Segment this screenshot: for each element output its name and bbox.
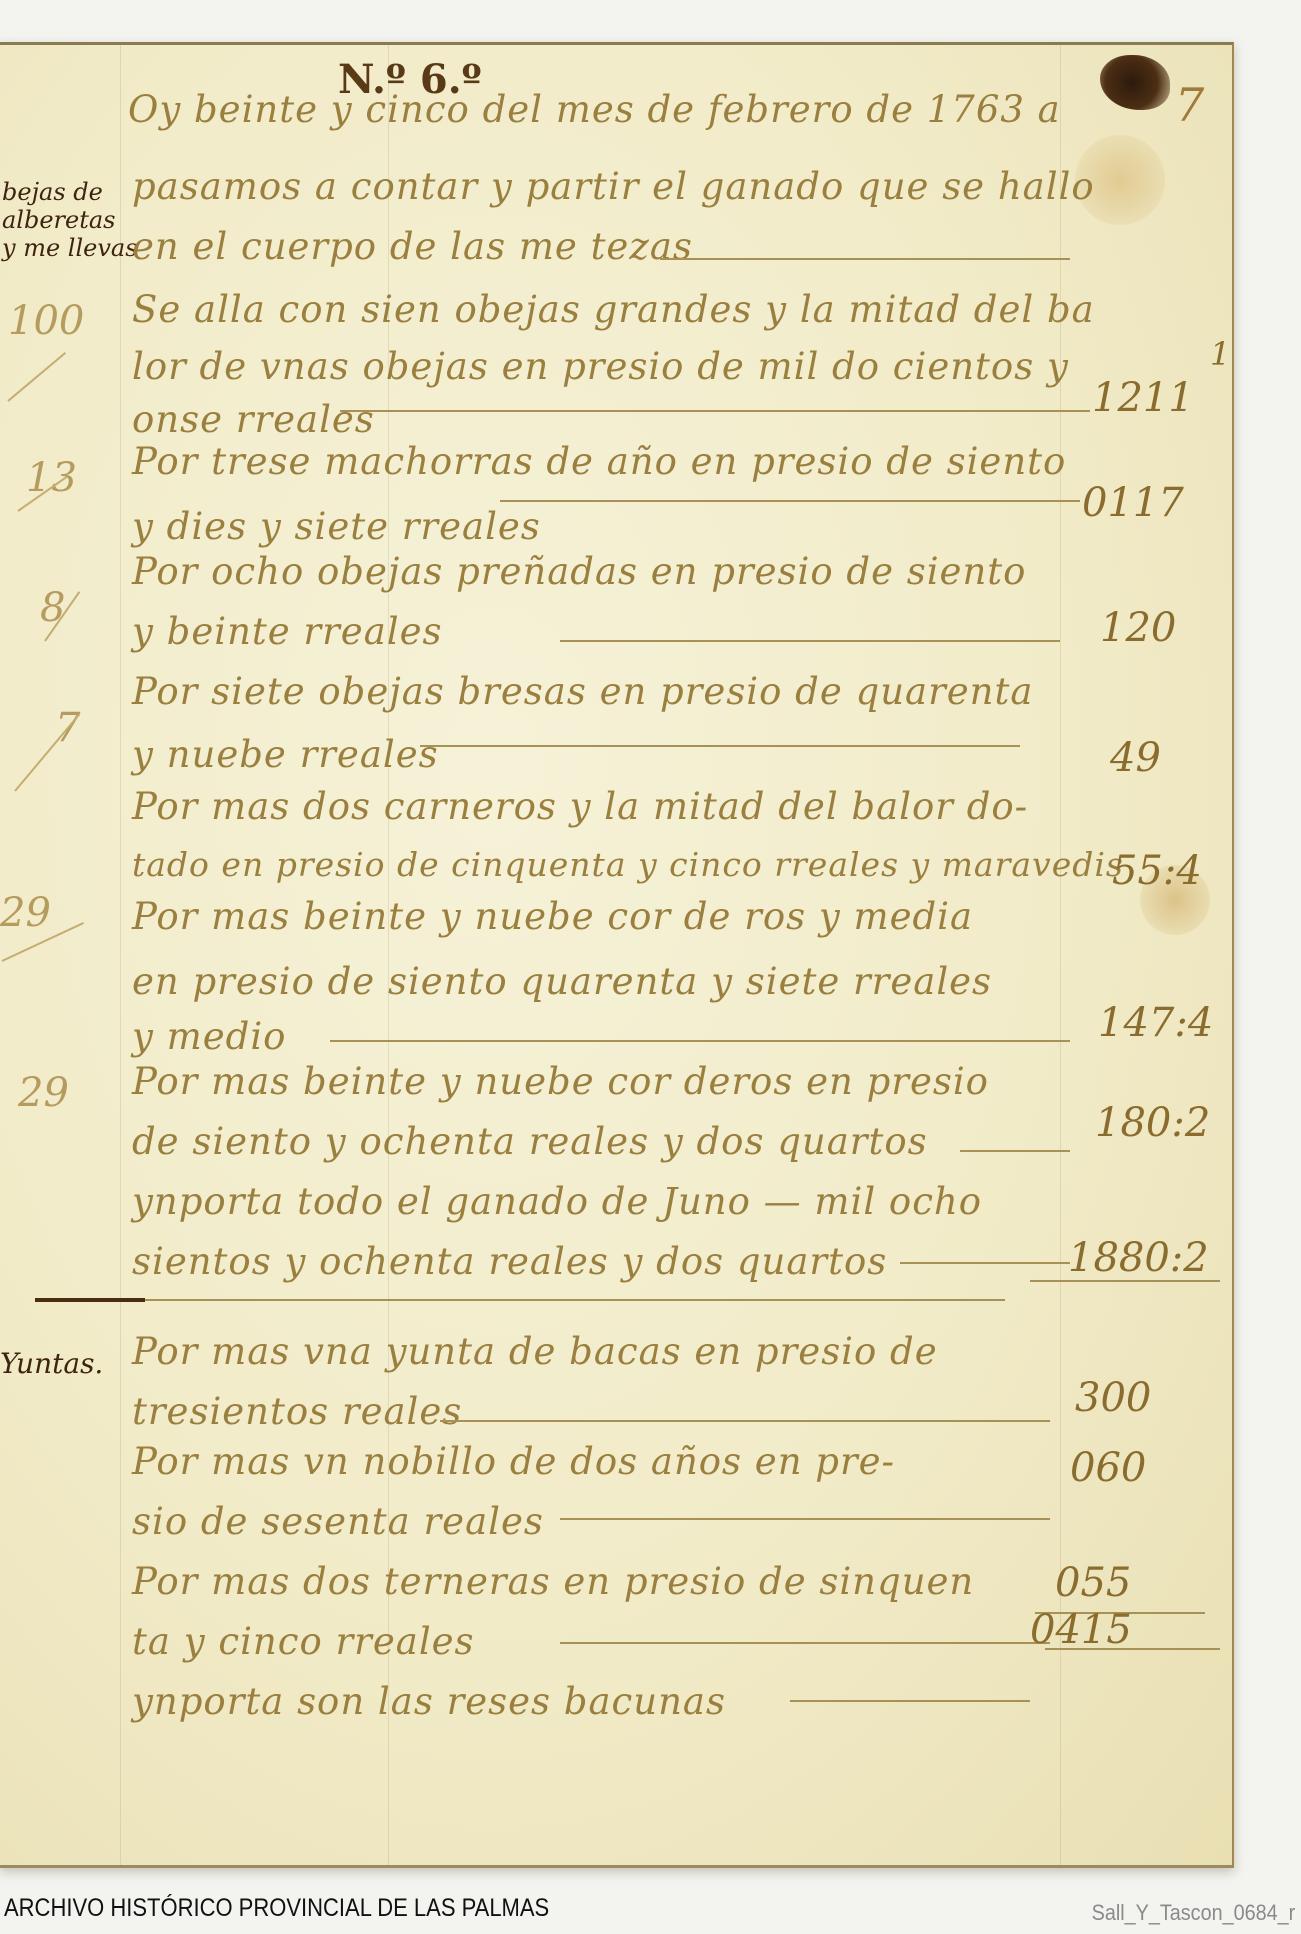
manuscript-line: Se alla con sien obejas grandes y la mit… (132, 288, 1095, 331)
ruled-line (1030, 1280, 1220, 1282)
margin-note-line: bejas de (2, 178, 138, 206)
amount: 49 (1110, 735, 1161, 781)
page-fold-line (120, 45, 121, 1865)
manuscript-line: sientos y ochenta reales y dos quartos (132, 1240, 887, 1283)
ruled-line (660, 258, 1070, 260)
ruled-line (960, 1150, 1070, 1152)
amount: 1880:2 (1068, 1235, 1209, 1281)
manuscript-line: ta y cinco rreales (132, 1620, 475, 1663)
manuscript-line: pasamos a contar y partir el ganado que … (132, 165, 1095, 208)
amount: 0117 (1082, 480, 1184, 526)
manuscript-line: en el cuerpo de las me tezas (132, 225, 693, 268)
manuscript-line: lor de vnas obejas en presio de mil do c… (132, 345, 1069, 388)
manuscript-line: Por mas beinte y nuebe cor deros en pres… (132, 1060, 989, 1103)
amount: 55:4 (1112, 848, 1202, 894)
manuscript-line: Por ocho obejas preñadas en presio de si… (132, 550, 1026, 593)
manuscript-line: en presio de siento quarenta y siete rre… (132, 960, 992, 1003)
manuscript-line: sio de sesenta reales (132, 1500, 544, 1543)
manuscript-line: tresientos reales (132, 1390, 462, 1433)
section-divider (145, 1299, 1005, 1301)
amount: 060 (1070, 1445, 1146, 1491)
manuscript-line: Por siete obejas bresas en presio de qua… (132, 670, 1033, 713)
amount: 300 (1075, 1375, 1151, 1421)
manuscript-line: ynporta todo el ganado de Juno — mil och… (132, 1180, 982, 1223)
amount: 120 (1100, 605, 1176, 651)
ruled-line (900, 1262, 1070, 1264)
manuscript-line: Por mas vn nobillo de dos años en pre- (132, 1440, 895, 1483)
ruled-line (1045, 1648, 1220, 1650)
ruled-line (560, 1642, 1050, 1644)
amount: 147:4 (1098, 1000, 1213, 1046)
amount: 180:2 (1095, 1100, 1210, 1146)
manuscript-line: y dies y siete rreales (132, 505, 541, 548)
manuscript-line: Por mas beinte y nuebe cor de ros y medi… (132, 895, 973, 938)
margin-note-yuntas: Yuntas. (0, 1350, 103, 1378)
folio-number: 7 (1175, 78, 1204, 132)
manuscript-line: Por mas dos terneras en presio de sinque… (132, 1560, 974, 1603)
ruled-line (440, 1420, 1050, 1422)
ruled-line (340, 410, 1090, 412)
manuscript-line: Oy beinte y cinco del mes de febrero de … (128, 88, 1061, 131)
manuscript-line: y nuebe rreales (132, 733, 439, 776)
ruled-line (560, 1518, 1050, 1520)
manuscript-line: tado en presio de cinquenta y cinco rrea… (132, 845, 1124, 884)
amount: 1211 (1092, 375, 1194, 421)
margin-tally: 8 (40, 585, 65, 631)
margin-tally: 13 (26, 455, 77, 501)
manuscript-line: y beinte rreales (132, 610, 442, 653)
margin-note-line: y me llevas (2, 234, 138, 262)
top-right-mark: 1 (1210, 335, 1230, 373)
ruled-line (330, 1040, 1070, 1042)
manuscript-line: onse rreales (132, 398, 375, 441)
amount: 0415 (1030, 1607, 1132, 1653)
margin-note-bejas: bejas de alberetas y me llevas (2, 178, 138, 262)
manuscript-line: Por mas dos carneros y la mitad del balo… (132, 785, 1028, 828)
ruled-line (500, 500, 1080, 502)
manuscript-line: de siento y ochenta reales y dos quartos (132, 1120, 928, 1163)
ruled-line (420, 745, 1020, 747)
margin-tally: 29 (18, 1070, 69, 1116)
ruled-line (790, 1700, 1030, 1702)
document-reference: Sall_Y_Tascon_0684_r (1091, 1900, 1295, 1926)
archive-name: ARCHIVO HISTÓRICO PROVINCIAL DE LAS PALM… (4, 1894, 549, 1923)
ruled-line (560, 640, 1060, 642)
section-divider (35, 1298, 145, 1302)
margin-tally: 100 (8, 298, 84, 344)
amount: 055 (1055, 1560, 1131, 1606)
margin-tally: 29 (0, 890, 51, 936)
margin-note-line: alberetas (2, 206, 138, 234)
manuscript-line: Por trese machorras de año en presio de … (132, 440, 1066, 483)
manuscript-line: y medio (132, 1015, 286, 1058)
manuscript-line: ynporta son las reses bacunas (132, 1680, 726, 1723)
manuscript-line: Por mas vna yunta de bacas en presio de (132, 1330, 938, 1373)
